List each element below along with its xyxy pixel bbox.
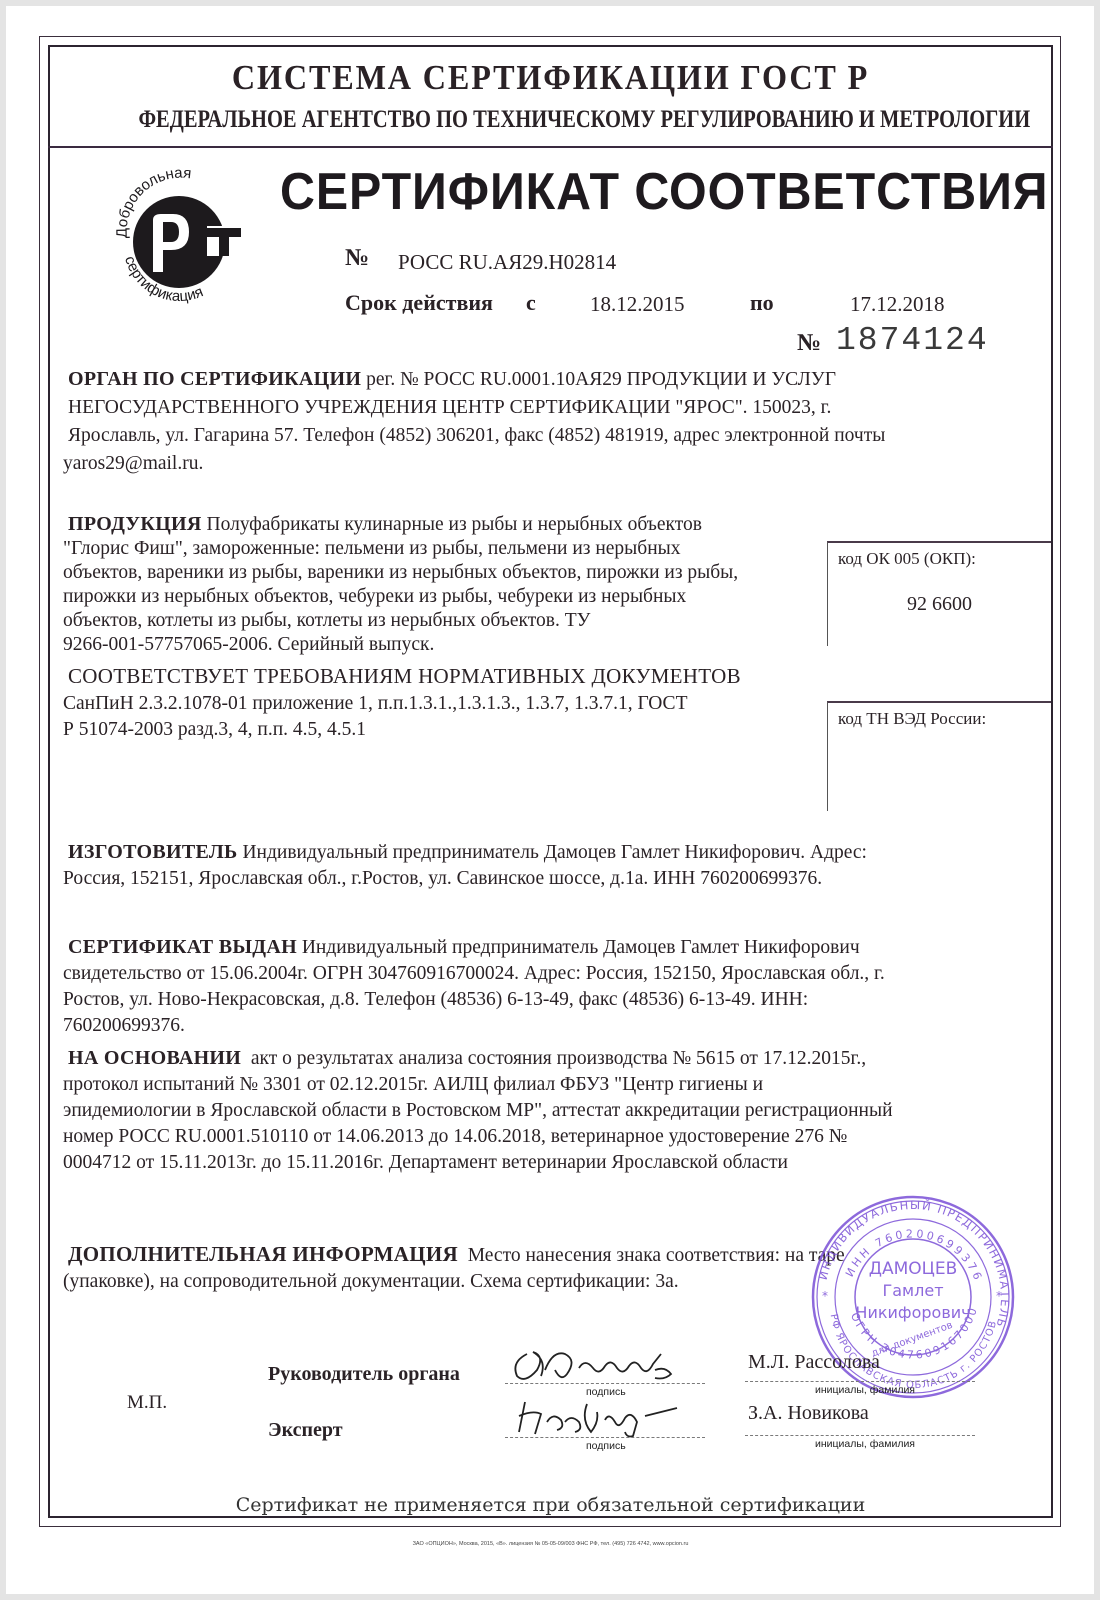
- tnved-code-box: код ТН ВЭД России:: [827, 701, 1051, 811]
- okp-code-box: код ОК 005 (ОКП): 92 6600: [827, 541, 1051, 646]
- basis-heading: НА ОСНОВАНИИ: [68, 1047, 241, 1069]
- products-line: пирожки из нерыбных объектов, чебуреки и…: [63, 585, 738, 609]
- basis-line: 0004712 от 15.11.2013г. до 15.11.2016г. …: [63, 1151, 893, 1175]
- header-divider: [48, 146, 1053, 148]
- conformity-heading: СООТВЕТСТВУЕТ ТРЕБОВАНИЯМ НОРМАТИВНЫХ ДО…: [68, 664, 741, 688]
- svg-text:Никифорович: Никифорович: [855, 1303, 970, 1322]
- head-signature-icon: [505, 1340, 685, 1388]
- certification-body-line: Ярославль, ул. Гагарина 57. Телефон (485…: [68, 424, 885, 448]
- products-line: 9266-001-57757065-2006. Серийный выпуск.: [63, 633, 738, 657]
- expert-name-line: [745, 1435, 975, 1436]
- svg-text:Гамлет: Гамлет: [882, 1281, 943, 1300]
- system-title: СИСТЕМА СЕРТИФИКАЦИИ ГОСТ Р: [88, 58, 1013, 98]
- serial-label: №: [797, 330, 821, 357]
- basis-line: номер РОСС RU.0001.510110 от 14.06.2013 …: [63, 1125, 893, 1149]
- expert-signature-caption: подпись: [586, 1440, 626, 1452]
- certificate-number: РОСС RU.АЯ29.Н02814: [398, 250, 616, 275]
- basis-line: эпидемиологии в Ярославской области в Ро…: [63, 1099, 893, 1123]
- head-role-label: Руководитель органа: [268, 1363, 460, 1386]
- certification-body-heading: ОРГАН ПО СЕРТИФИКАЦИИ: [68, 368, 361, 390]
- certification-body-line: НЕГОСУДАРСТВЕННОГО УЧРЕЖДЕНИЯ ЦЕНТР СЕРТ…: [68, 396, 885, 420]
- rst-logo-icon: Добровольная сертификация: [105, 160, 255, 310]
- okp-code-label: код ОК 005 (ОКП):: [838, 549, 976, 569]
- products-line: объектов, котлеты из рыбы, котлеты из не…: [63, 609, 738, 633]
- svg-text:ДАМОЦЕВ: ДАМОЦЕВ: [869, 1259, 958, 1279]
- conformity-section: СООТВЕТСТВУЕТ ТРЕБОВАНИЯМ НОРМАТИВНЫХ ДО…: [68, 664, 741, 742]
- manufacturer-heading: ИЗГОТОВИТЕЛЬ: [68, 841, 238, 863]
- tnved-code-label: код ТН ВЭД России:: [838, 709, 986, 729]
- head-name: М.Л. Рассолова: [748, 1351, 880, 1374]
- certification-body-line: рег. № РОСС RU.0001.10АЯ29 ПРОДУКЦИИ И У…: [366, 369, 836, 390]
- expert-signature-line: [505, 1437, 705, 1438]
- head-name-line: [745, 1381, 975, 1382]
- products-heading: ПРОДУКЦИЯ: [68, 513, 202, 535]
- issued-to-section: СЕРТИФИКАТ ВЫДАН Индивидуальный предприн…: [68, 935, 885, 1038]
- additional-info-line: (упаковке), на сопроводительной документ…: [63, 1270, 845, 1294]
- issued-to-line: 760200699376.: [63, 1014, 885, 1038]
- additional-info-heading: ДОПОЛНИТЕЛЬНАЯ ИНФОРМАЦИЯ: [68, 1242, 458, 1266]
- agency-title: ФЕДЕРАЛЬНОЕ АГЕНТСТВО ПО ТЕХНИЧЕСКОМУ РЕ…: [138, 106, 962, 134]
- products-section: ПРОДУКЦИЯ Полуфабрикаты кулинарные из ры…: [68, 512, 738, 657]
- issued-to-line: Индивидуальный предприниматель Дамоцев Г…: [302, 937, 860, 958]
- products-line: "Глорис Фиш", замороженные: пельмени из …: [63, 537, 738, 561]
- basis-line: протокол испытаний № 3301 от 02.12.2015г…: [63, 1073, 893, 1097]
- issued-to-line: Ростов, ул. Ново-Некрасовская, д.8. Теле…: [63, 988, 885, 1012]
- manufacturer-line: Россия, 152151, Ярославская обл., г.Рост…: [63, 867, 867, 891]
- additional-info-section: ДОПОЛНИТЕЛЬНАЯ ИНФОРМАЦИЯ Место нанесени…: [68, 1242, 845, 1294]
- basis-line: акт о результатах анализа состояния прои…: [251, 1048, 866, 1069]
- valid-to-label: по: [750, 290, 774, 316]
- seal-place-label: М.П.: [127, 1392, 167, 1414]
- manufacturer-section: ИЗГОТОВИТЕЛЬ Индивидуальный предпринимат…: [68, 840, 867, 891]
- svg-text:*: *: [996, 1289, 1002, 1303]
- basis-section: НА ОСНОВАНИИ акт о результатах анализа с…: [68, 1046, 893, 1175]
- number-label: №: [345, 245, 369, 272]
- printer-imprint: ЗАО «ОПЦИОН», Москва, 2015, «В». лицензи…: [48, 1541, 1053, 1547]
- voluntary-note: Сертификат не применяется при обязательн…: [48, 1494, 1053, 1516]
- svg-text:*: *: [822, 1289, 828, 1303]
- products-line: объектов, вареники из рыбы, вареники из …: [63, 561, 738, 585]
- valid-to-date: 17.12.2018: [850, 292, 945, 317]
- okp-code-value: 92 6600: [828, 593, 1051, 616]
- issued-to-heading: СЕРТИФИКАТ ВЫДАН: [68, 936, 297, 958]
- expert-name: З.А. Новикова: [748, 1402, 869, 1425]
- certification-body-email: yaros29@mail.ru.: [63, 452, 885, 476]
- conformity-line: СанПиН 2.3.2.1078-01 приложение 1, п.п.1…: [63, 692, 741, 716]
- manufacturer-line: Индивидуальный предприниматель Дамоцев Г…: [242, 842, 867, 863]
- issued-to-line: свидетельство от 15.06.2004г. ОГРН 30476…: [63, 962, 885, 986]
- expert-signature-icon: [505, 1392, 685, 1440]
- conformity-line: Р 51074-2003 разд.3, 4, п.п. 4.5, 4.5.1: [63, 718, 741, 742]
- certificate-title: СЕРТИФИКАТ СООТВЕТСТВИЯ: [280, 162, 1048, 222]
- validity-label: Срок действия: [345, 290, 493, 316]
- products-line: Полуфабрикаты кулинарные из рыбы и нерыб…: [207, 514, 702, 535]
- valid-from-label: с: [526, 290, 536, 316]
- head-signature-line: [505, 1383, 705, 1384]
- valid-from-date: 18.12.2015: [590, 292, 685, 317]
- head-name-caption: инициалы, фамилия: [815, 1384, 915, 1396]
- additional-info-line: Место нанесения знака соответствия: на т…: [468, 1245, 845, 1266]
- expert-role-label: Эксперт: [268, 1419, 343, 1442]
- expert-name-caption: инициалы, фамилия: [815, 1438, 915, 1450]
- serial-number: 1874124: [836, 322, 989, 359]
- certification-body-section: ОРГАН ПО СЕРТИФИКАЦИИ рег. № РОСС RU.000…: [68, 367, 885, 476]
